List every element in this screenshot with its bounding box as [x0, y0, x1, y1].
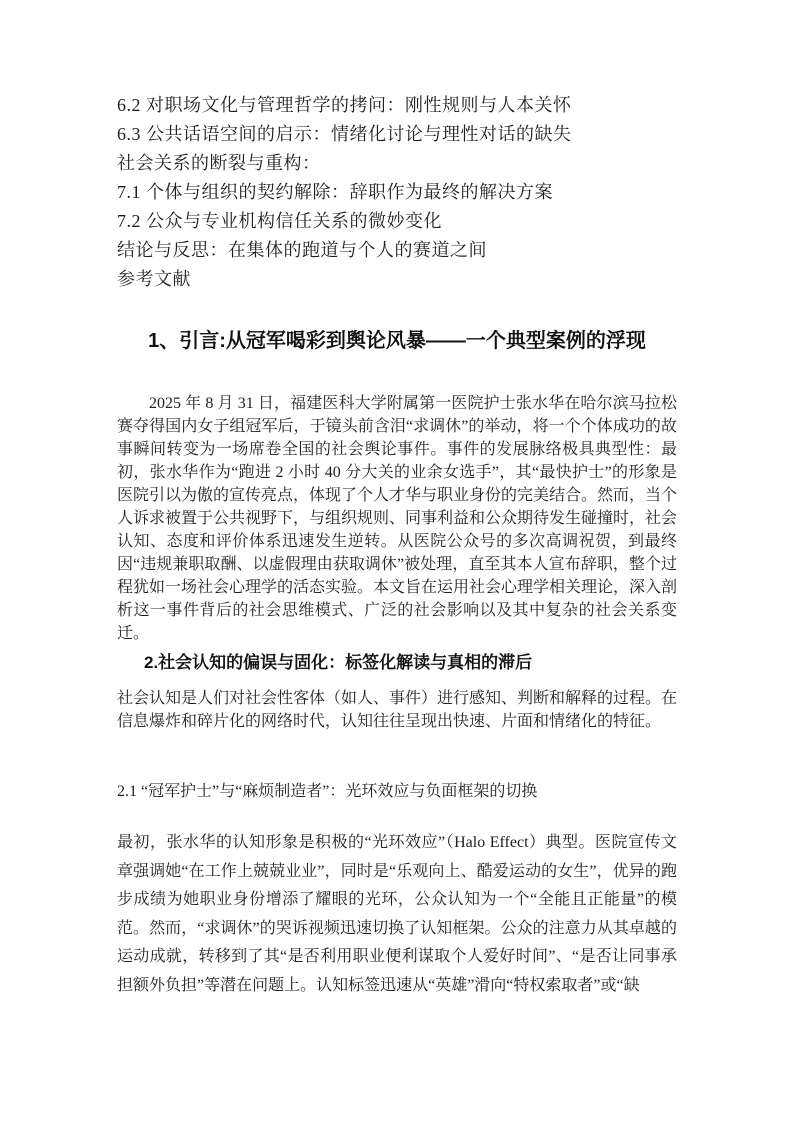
outline-item-7-2: 7.2 公众与专业机构信任关系的微妙变化: [117, 207, 677, 236]
outline-item-6-2: 6.2 对职场文化与管理哲学的拷问：刚性规则与人本关怀: [117, 91, 677, 120]
outline-item-conclusion: 结论与反思：在集体的跑道与个人的赛道之间: [117, 236, 677, 265]
section-2-1-paragraph: 最初，张水华的认知形象是积极的“光环效应”（Halo Effect）典型。医院宣…: [117, 829, 677, 1000]
document-page: 6.2 对职场文化与管理哲学的拷问：刚性规则与人本关怀 6.3 公共话语空间的启…: [0, 0, 793, 1122]
section-1-heading: 1、引言:从冠军喝彩到舆论风暴——一个典型案例的浮现: [117, 328, 677, 354]
document-content: 6.2 对职场文化与管理哲学的拷问：刚性规则与人本关怀 6.3 公共话语空间的启…: [117, 0, 677, 1000]
outline-item-references: 参考文献: [117, 265, 677, 294]
section-2-1-heading: 2.1 “冠军护士”与“麻烦制造者”：光环效应与负面框架的切换: [117, 781, 677, 802]
outline-item-social-relations: 社会关系的断裂与重构：: [117, 149, 677, 178]
outline-list: 6.2 对职场文化与管理哲学的拷问：刚性规则与人本关怀 6.3 公共话语空间的启…: [117, 91, 677, 294]
outline-item-6-3: 6.3 公共话语空间的启示：情绪化讨论与理性对话的缺失: [117, 120, 677, 149]
section-2-paragraph: 社会认知是人们对社会性客体（如人、事件）进行感知、判断和解释的过程。在信息爆炸和…: [117, 687, 677, 733]
section-2-heading: 2.社会认知的偏误与固化：标签化解读与真相的滞后: [117, 652, 677, 674]
section-1-paragraph: 2025 年 8 月 31 日，福建医科大学附属第一医院护士张水华在哈尔滨马拉松…: [117, 392, 677, 645]
outline-item-7-1: 7.1 个体与组织的契约解除：辞职作为最终的解决方案: [117, 178, 677, 207]
